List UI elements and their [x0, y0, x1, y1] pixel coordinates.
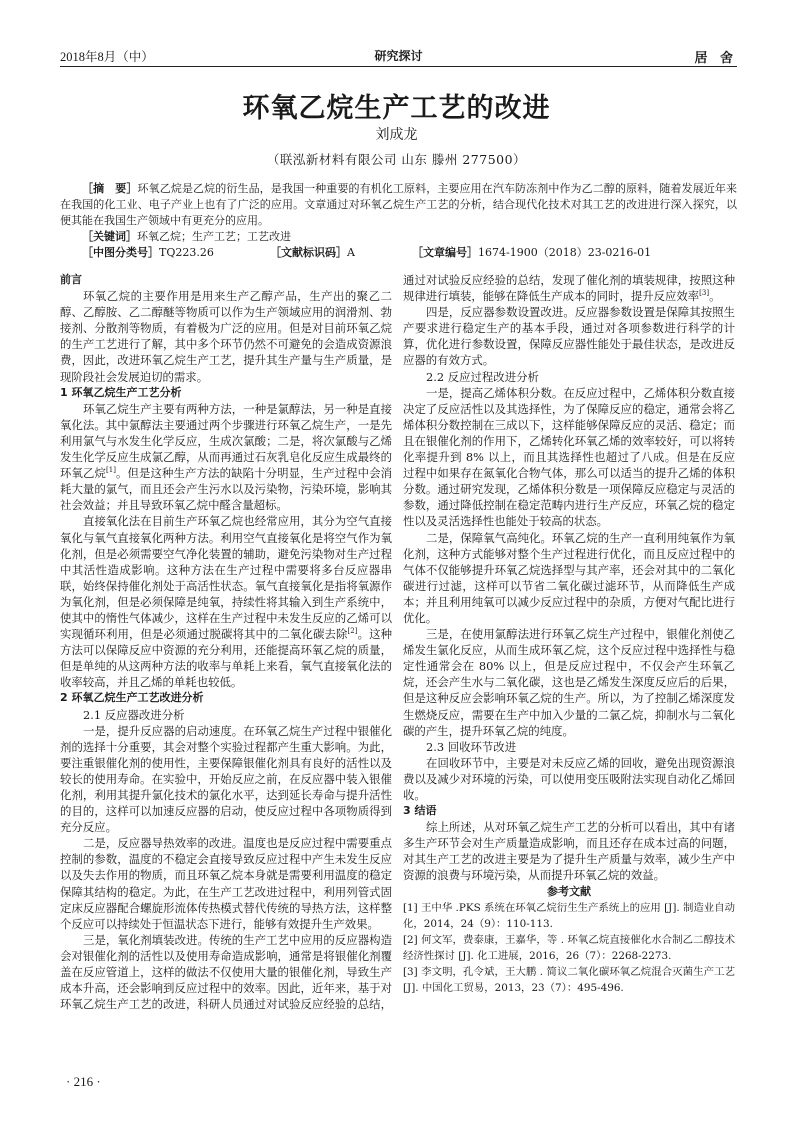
section-heading-intro: 前言 [60, 272, 392, 288]
clc-label: ［中图分类号］ [82, 246, 159, 259]
right-column: 通过对试验反应经验的总结，发现了催化剂的填装规律，按照这种规律进行填装，能够在降… [403, 272, 735, 996]
left-column: 前言 环氧乙烷的主要作用是用来生产乙醇产品，生产出的聚乙二醇、乙醇胺、乙二醇醚等… [60, 272, 392, 1012]
citation: [3] [699, 289, 709, 297]
column-name: 研究探讨 [60, 47, 737, 64]
author-name: 刘成龙 [0, 124, 793, 144]
article-number: ［文章编号］1674-1900（2018）23-0216-01 [412, 244, 651, 260]
article-title: 环氧乙烷生产工艺的改进 [0, 86, 793, 125]
paragraph: 环氧乙烷的主要作用是用来生产乙醇产品，生产出的聚乙二醇、乙醇胺、乙二醇醚等物质可… [60, 288, 392, 385]
classification-row: ［中图分类号］TQ223.26 ［文献标识码］A ［文章编号］1674-1900… [82, 244, 742, 260]
reference-item: [1] 王中华 .PKS 系统在环氧乙烷衍生生产系统上的应用 [J]. 制造业自… [403, 900, 735, 932]
keywords-label: ［关键词］ [82, 230, 137, 243]
paragraph: 环氧乙烷生产主要有两种方法，一种是氯醇法，另一种是直接氧化法。其中氯醇法主要通过… [60, 401, 392, 514]
citation: [2] [348, 627, 358, 635]
paragraph: 四是，反应器参数设置改进。反应器参数设置是保障其按照生产要求进行稳定生产的基本手… [403, 304, 735, 368]
article-no-label: ［文章编号］ [412, 246, 478, 259]
subsection-heading-2-2: 2.2 反应过程改进分析 [403, 369, 735, 385]
paragraph: 二是，反应器导热效率的改进。温度也是反应过程中需要重点控制的参数，温度的不稳定会… [60, 835, 392, 932]
paragraph: 直接氧化法在目前生产环氧乙烷也经常应用，其分为空气直接氧化与氧气直接氧化两种方法… [60, 513, 392, 690]
section-heading-3: 3 结语 [403, 803, 735, 819]
reference-item: [2] 何文军，费泰康，王嘉华，等 . 环氧乙烷直接催化水合制乙二醇技术经济性探… [403, 932, 735, 964]
running-header: 2018年8月（中） 研究探讨 居 舍 [60, 46, 737, 67]
abstract-text: 环氧乙烷是乙烷的衍生品，是我国一种重要的有机化工原料，主要应用在汽车防冻剂中作为… [60, 182, 737, 227]
abstract-label: ［摘 要］ [82, 182, 138, 195]
paragraph: 二是，保障氧气高纯化。环氧乙烷的生产一直利用纯氧作为氧化剂，这种方式能够对整个生… [403, 530, 735, 627]
paragraph: 综上所述，从对环氧乙烷生产工艺的分析可以看出，其中有诸多生产环节会对生产质量造成… [403, 819, 735, 883]
clc-value: TQ223.26 [159, 246, 214, 259]
paragraph: 三是，氧化剂填装改进。传统的生产工艺中应用的反应器构造会对银催化剂的活性以及使用… [60, 932, 392, 1012]
abstract-block: ［摘 要］环氧乙烷是乙烷的衍生品，是我国一种重要的有机化工原料，主要应用在汽车防… [60, 181, 737, 245]
author-affiliation: （联泓新材料有限公司 山东 滕州 277500） [0, 150, 793, 168]
doc-code-label: ［文献标识码］ [270, 246, 347, 259]
paragraph-continued: 通过对试验反应经验的总结，发现了催化剂的填装规律，按照这种规律进行填装，能够在降… [403, 272, 735, 304]
clc-number: ［中图分类号］TQ223.26 [82, 244, 214, 260]
document-code: ［文献标识码］A [270, 244, 355, 260]
paragraph: 一是，提高乙烯体积分数。在反应过程中，乙烯体积分数直接决定了反应活性以及其选择性… [403, 385, 735, 530]
reference-item: [3] 李文明，孔令斌，王大鹏 . 简议二氧化碳环氧乙烷混合灭菌生产工艺 [J]… [403, 964, 735, 996]
article-no-value: 1674-1900（2018）23-0216-01 [478, 246, 651, 259]
section-heading-2: 2 环氧乙烷生产工艺改进分析 [60, 690, 392, 706]
keywords: ［关键词］环氧乙烷；生产工艺；工艺改进 [60, 229, 737, 245]
citation: [1] [106, 466, 116, 474]
paragraph: 三是，在使用氯醇法进行环氧乙烷生产过程中，银催化剂使乙烯发生氯化反应，从而生成环… [403, 626, 735, 739]
paragraph: 一是，提升反应器的启动速度。在环氧乙烷生产过程中银催化剂的选择十分重要，其会对整… [60, 723, 392, 836]
page-number: · 216 · [66, 1074, 101, 1090]
journal-name: 居 舍 [694, 47, 737, 66]
references-heading: 参考文献 [403, 884, 735, 900]
subsection-heading-2-3: 2.3 回收环节改进 [403, 739, 735, 755]
doc-code-value: A [347, 246, 355, 259]
abstract: ［摘 要］环氧乙烷是乙烷的衍生品，是我国一种重要的有机化工原料，主要应用在汽车防… [60, 181, 737, 229]
section-heading-1: 1 环氧乙烷生产工艺分析 [60, 385, 392, 401]
subsection-heading-2-1: 2.1 反应器改进分析 [60, 707, 392, 723]
paragraph: 在回收环节中，主要是对未反应乙烯的回收，避免出现资源浪费以及减少对环境的污染，可… [403, 755, 735, 803]
keywords-text: 环氧乙烷；生产工艺；工艺改进 [137, 230, 291, 243]
